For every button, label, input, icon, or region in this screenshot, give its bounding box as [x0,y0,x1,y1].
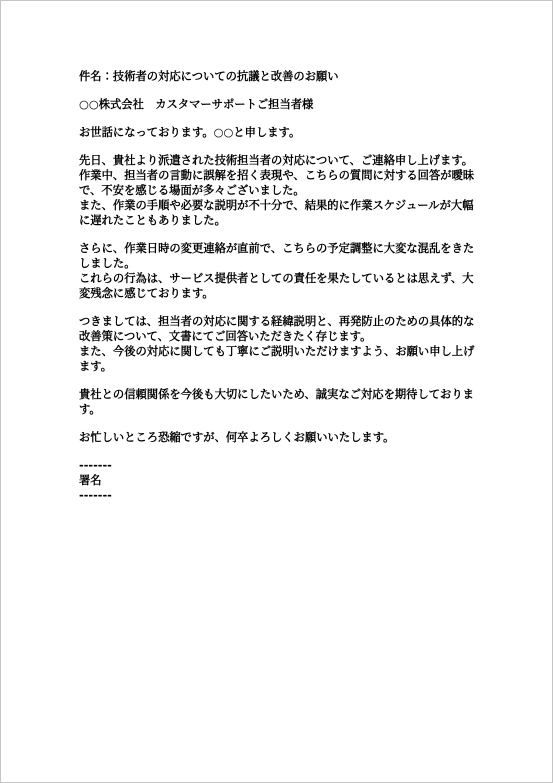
paragraph-line: また、今後の対応に関しても丁寧にご説明いただけますよう、お願い申し上げ [79,344,492,359]
letter: 件名：技術者の対応についての抗議と改善のお願い ○○株式会社 カスタマーサポート… [1,1,552,503]
paragraph-line: しました。 [79,256,492,271]
paragraph-line: す。 [79,402,492,417]
paragraph-line: また、作業の手順や必要な説明が不十分で、結果的に作業スケジュールが大幅 [79,198,492,213]
greeting-line: お世話になっております。○○と申します。 [79,125,492,140]
paragraph-line: 改善策について、文書にてご回答いただきたく存じます。 [79,329,492,344]
paragraph-line: 先日、貴社より派遣された技術担当者の対応について、ご連絡申し上げます。 [79,153,492,168]
paragraph-line: で、不安を感じる場面が多々ございました。 [79,183,492,198]
subject-paragraph: 件名：技術者の対応についての抗議と改善のお願い [79,69,492,84]
paragraph-line: 作業中、担当者の言動に誤解を招く表現や、こちらの質問に対する回答が曖昧 [79,168,492,183]
subject-line: 件名：技術者の対応についての抗議と改善のお願い [79,69,492,84]
signature-label: 署名 [79,473,492,488]
signature-divider-bottom: ------- [79,488,492,503]
paragraph: 先日、貴社より派遣された技術担当者の対応について、ご連絡申し上げます。作業中、担… [79,153,492,228]
letter-body: 先日、貴社より派遣された技術担当者の対応について、ご連絡申し上げます。作業中、担… [79,153,492,417]
paragraph-line: に遅れたこともありました。 [79,213,492,228]
signature-divider-top: ------- [79,458,492,473]
paragraph: つきましては、担当者の対応に関する経緯説明と、再発防止のための具体的な改善策につ… [79,314,492,374]
greeting-paragraph: お世話になっております。○○と申します。 [79,125,492,140]
paragraph: 貴社との信頼関係を今後も大切にしたいため、誠実なご対応を期待しております。 [79,387,492,417]
closing-paragraph: お忙しいところ恐縮ですが、何卒よろしくお願いいたします。 [79,430,492,445]
paragraph-line: ます。 [79,359,492,374]
recipient-paragraph: ○○株式会社 カスタマーサポートご担当者様 [79,97,492,112]
signature-block: ------- 署名 ------- [79,458,492,503]
document-page: 件名：技術者の対応についての抗議と改善のお願い ○○株式会社 カスタマーサポート… [0,0,553,783]
paragraph-line: 貴社との信頼関係を今後も大切にしたいため、誠実なご対応を期待しておりま [79,387,492,402]
paragraph: さらに、作業日時の変更連絡が直前で、こちらの予定調整に大変な混乱をきたしました。… [79,241,492,301]
recipient-line: ○○株式会社 カスタマーサポートご担当者様 [79,97,492,112]
paragraph-line: つきましては、担当者の対応に関する経緯説明と、再発防止のための具体的な [79,314,492,329]
paragraph-line: 変残念に感じております。 [79,286,492,301]
paragraph-line: これらの行為は、サービス提供者としての責任を果たしているとは思えず、大 [79,271,492,286]
closing-line: お忙しいところ恐縮ですが、何卒よろしくお願いいたします。 [79,430,492,445]
paragraph-line: さらに、作業日時の変更連絡が直前で、こちらの予定調整に大変な混乱をきた [79,241,492,256]
